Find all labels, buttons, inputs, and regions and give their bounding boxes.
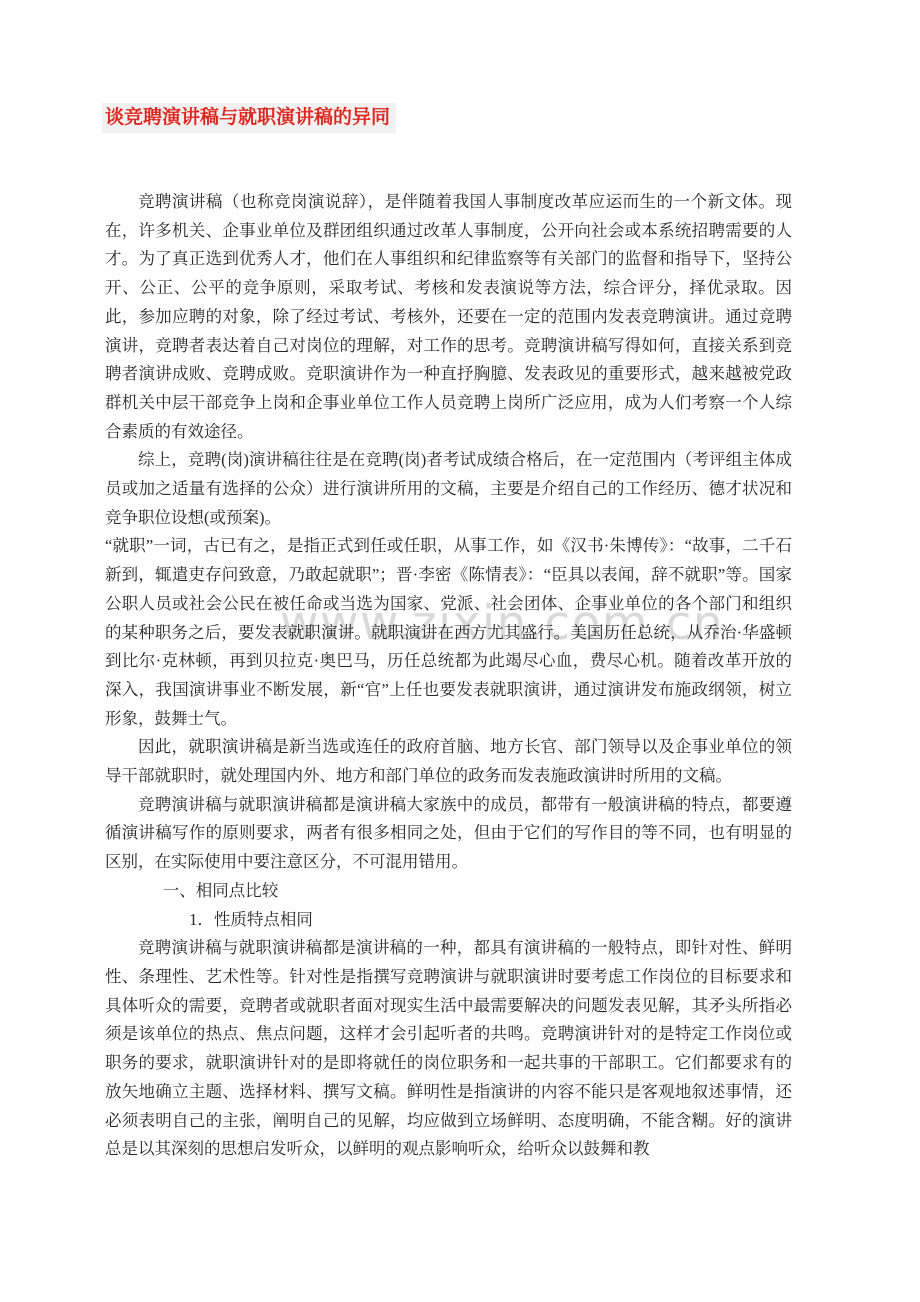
document-body: 竞聘演讲稿（也称竞岗演说辞），是伴随着我国人事制度改革应运而生的一个新文体。现在… [105, 188, 792, 1164]
paragraph-summary-jingpin: 综上，竞聘(岗)演讲稿往往是在竞聘(岗)者考试成绩合格后，在一定范围内（考评组主… [105, 446, 792, 532]
document-content: 谈竞聘演讲稿与就职演讲稿的异同 竞聘演讲稿（也称竞岗演说辞），是伴随着我国人事制… [105, 103, 792, 1164]
document-title: 谈竞聘演讲稿与就职演讲稿的异同 [102, 103, 396, 133]
section-heading-same-points: 一、相同点比较 [105, 877, 792, 906]
paragraph-intro-jingpin: 竞聘演讲稿（也称竞岗演说辞），是伴随着我国人事制度改革应运而生的一个新文体。现在… [105, 188, 792, 446]
paragraph-same-nature-detail: 竞聘演讲稿与就职演讲稿都是演讲稿的一种，都具有演讲稿的一般特点，即针对性、鲜明性… [105, 934, 792, 1164]
paragraph-jiuzhi-summary: 因此，就职演讲稿是新当选或连任的政府首脑、地方长官、部门领导以及企事业单位的领导… [105, 733, 792, 790]
subsection-heading-nature: 1．性质特点相同 [105, 906, 792, 935]
document-page: www.zixin.com.cn 谈竞聘演讲稿与就职演讲稿的异同 竞聘演讲稿（也… [0, 0, 920, 1302]
paragraph-comparison-intro: 竞聘演讲稿与就职演讲稿都是演讲稿大家族中的成员，都带有一般演讲稿的特点，都要遵循… [105, 791, 792, 877]
paragraph-jiuzhi-definition: “就职”一词，古已有之，是指正式到任或任职，从事工作，如《汉书·朱博传》：“故事… [105, 532, 792, 733]
